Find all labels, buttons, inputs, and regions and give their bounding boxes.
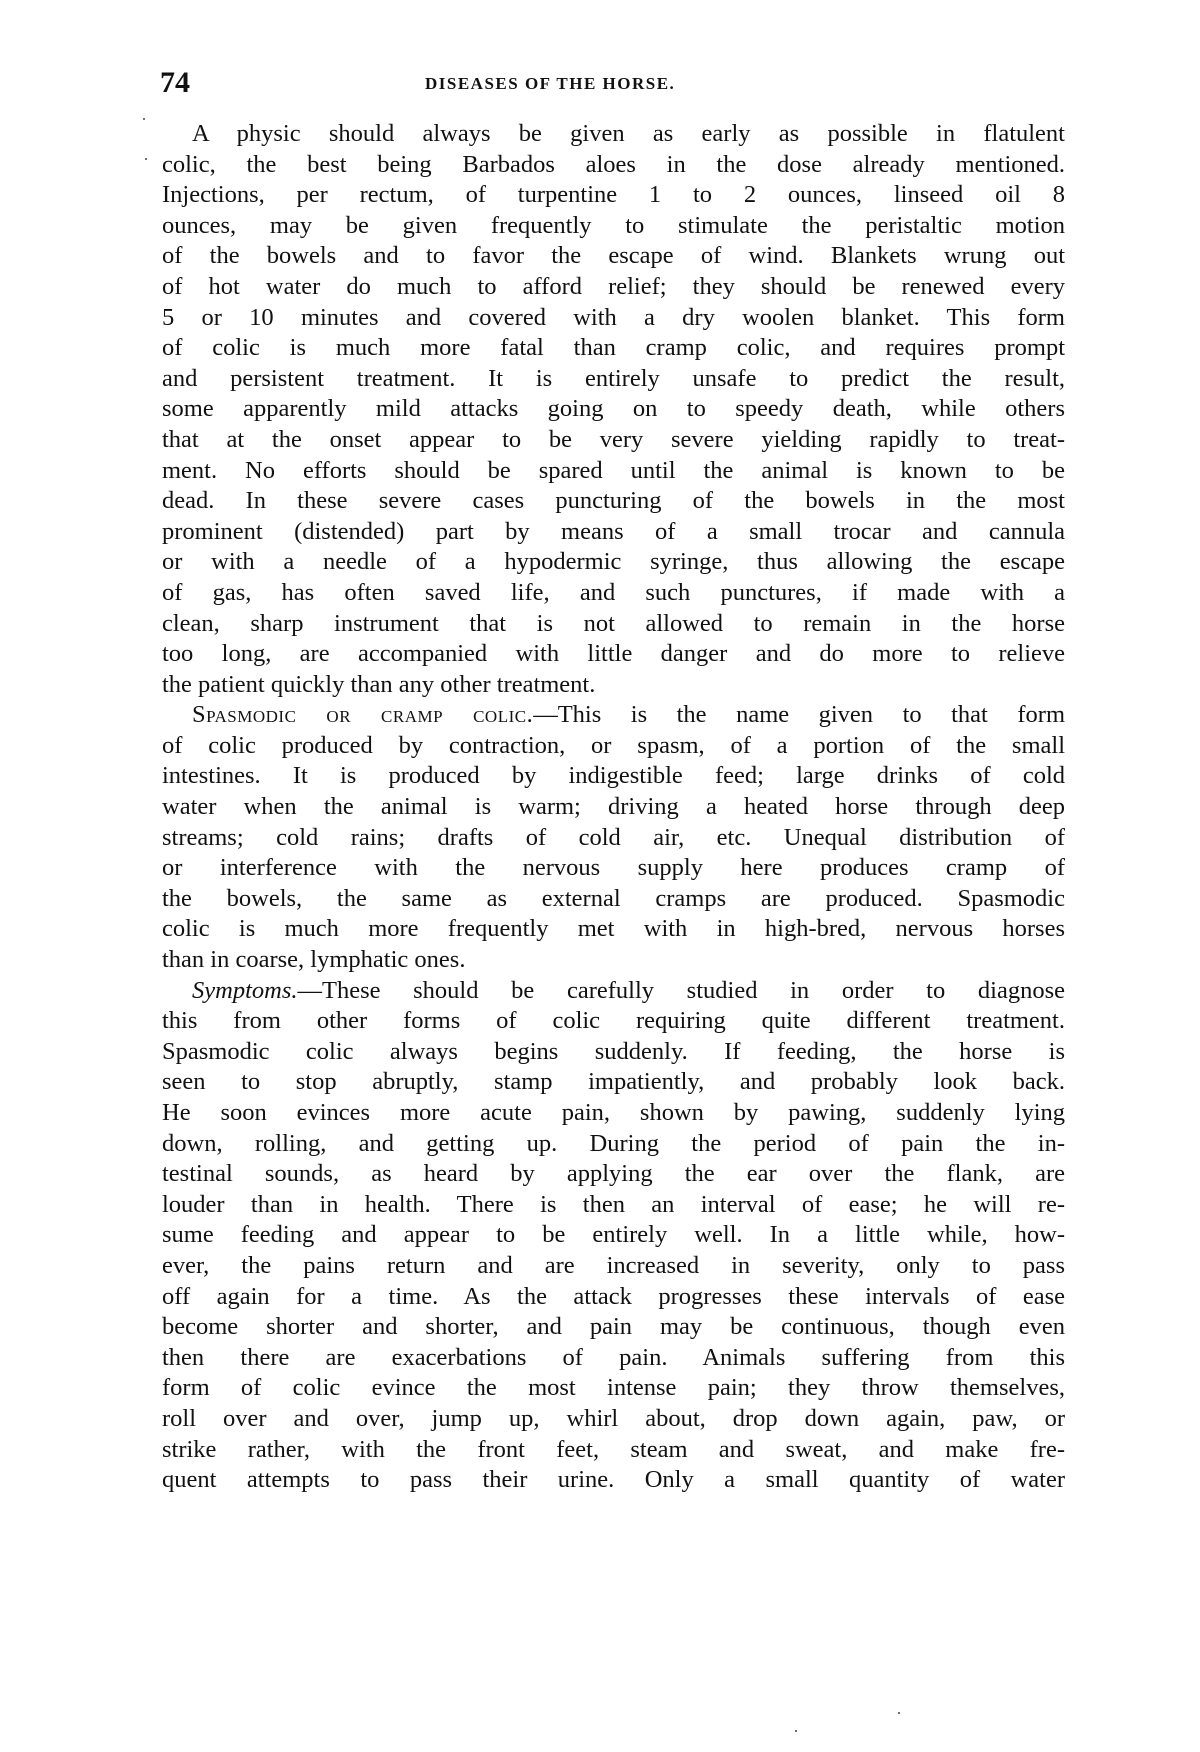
text-line: strike rather, with the front feet, stea… <box>162 1435 1065 1466</box>
text-line: prominent (distended) part by means of a… <box>162 517 1065 548</box>
text-line: streams; cold rains; drafts of cold air,… <box>162 823 1065 854</box>
text-line: Spasmodic or cramp colic.—This is the na… <box>162 700 1065 731</box>
text-line: the bowels, the same as external cramps … <box>162 884 1065 915</box>
text-line: or interference with the nervous supply … <box>162 853 1065 884</box>
text-line: of gas, has often saved life, and such p… <box>162 578 1065 609</box>
text-line: He soon evinces more acute pain, shown b… <box>162 1098 1065 1129</box>
text-line: A physic should always be given as early… <box>162 119 1065 150</box>
running-head: 74 DISEASES OF THE HORSE. <box>160 66 960 106</box>
scan-speck <box>795 1730 797 1732</box>
text-line: of the bowels and to favor the escape of… <box>162 241 1065 272</box>
body-text: A physic should always be given as early… <box>162 119 1065 1496</box>
text-line: Symptoms.—These should be carefully stud… <box>162 976 1065 1007</box>
text-line: of hot water do much to afford relief; t… <box>162 272 1065 303</box>
section-heading-symptoms: Symptoms. <box>192 977 297 1004</box>
text-line: ment. No efforts should be spared until … <box>162 456 1065 487</box>
text-line: too long, are accompanied with little da… <box>162 639 1065 670</box>
text-line: Injections, per rectum, of turpentine 1 … <box>162 180 1065 211</box>
text-line: that at the onset appear to be very seve… <box>162 425 1065 456</box>
text-line: become shorter and shorter, and pain may… <box>162 1312 1065 1343</box>
text-line: of colic is much more fatal than cramp c… <box>162 333 1065 364</box>
text-line: this from other forms of colic requiring… <box>162 1006 1065 1037</box>
heading-continuation: —This is the name given to that form <box>533 701 1065 728</box>
text-line: 5 or 10 minutes and covered with a dry w… <box>162 303 1065 334</box>
text-line: seen to stop abruptly, stamp impatiently… <box>162 1067 1065 1098</box>
text-line: sume feeding and appear to be entirely w… <box>162 1220 1065 1251</box>
text-line: than in coarse, lymphatic ones. <box>162 945 1065 976</box>
section-heading-spasmodic-colic: Spasmodic or cramp colic. <box>192 701 533 728</box>
scan-speck <box>143 118 145 120</box>
text-line: of colic produced by contraction, or spa… <box>162 731 1065 762</box>
text-line: louder than in health. There is then an … <box>162 1190 1065 1221</box>
scan-speck <box>898 1712 900 1714</box>
book-page: 74 DISEASES OF THE HORSE. A physic shoul… <box>0 0 1200 1752</box>
text-line: some apparently mild attacks going on to… <box>162 394 1065 425</box>
text-line: colic is much more frequently met with i… <box>162 914 1065 945</box>
text-line: and persistent treatment. It is entirely… <box>162 364 1065 395</box>
text-line: Spasmodic colic always begins suddenly. … <box>162 1037 1065 1068</box>
heading-continuation: —These should be carefully studied in or… <box>297 977 1065 1004</box>
scan-speck <box>145 158 147 160</box>
text-line: testinal sounds, as heard by applying th… <box>162 1159 1065 1190</box>
running-title: DISEASES OF THE HORSE. <box>425 74 675 94</box>
text-line: the patient quickly than any other treat… <box>162 670 1065 701</box>
text-line: quent attempts to pass their urine. Only… <box>162 1465 1065 1496</box>
text-line: or with a needle of a hypodermic syringe… <box>162 547 1065 578</box>
paragraph-flatulent-treatment: A physic should always be given as early… <box>162 119 1065 700</box>
text-line: roll over and over, jump up, whirl about… <box>162 1404 1065 1435</box>
text-line: dead. In these severe cases puncturing o… <box>162 486 1065 517</box>
text-line: ounces, may be given frequently to stimu… <box>162 211 1065 242</box>
paragraph-symptoms: Symptoms.—These should be carefully stud… <box>162 976 1065 1496</box>
text-line: clean, sharp instrument that is not allo… <box>162 609 1065 640</box>
text-line: colic, the best being Barbados aloes in … <box>162 150 1065 181</box>
paragraph-spasmodic-colic: Spasmodic or cramp colic.—This is the na… <box>162 700 1065 975</box>
text-line: then there are exacerbations of pain. An… <box>162 1343 1065 1374</box>
text-line: ever, the pains return and are increased… <box>162 1251 1065 1282</box>
text-line: form of colic evince the most intense pa… <box>162 1373 1065 1404</box>
text-line: water when the animal is warm; driving a… <box>162 792 1065 823</box>
page-number: 74 <box>160 66 190 100</box>
text-line: intestines. It is produced by indigestib… <box>162 761 1065 792</box>
text-line: off again for a time. As the attack prog… <box>162 1282 1065 1313</box>
text-line: down, rolling, and getting up. During th… <box>162 1129 1065 1160</box>
